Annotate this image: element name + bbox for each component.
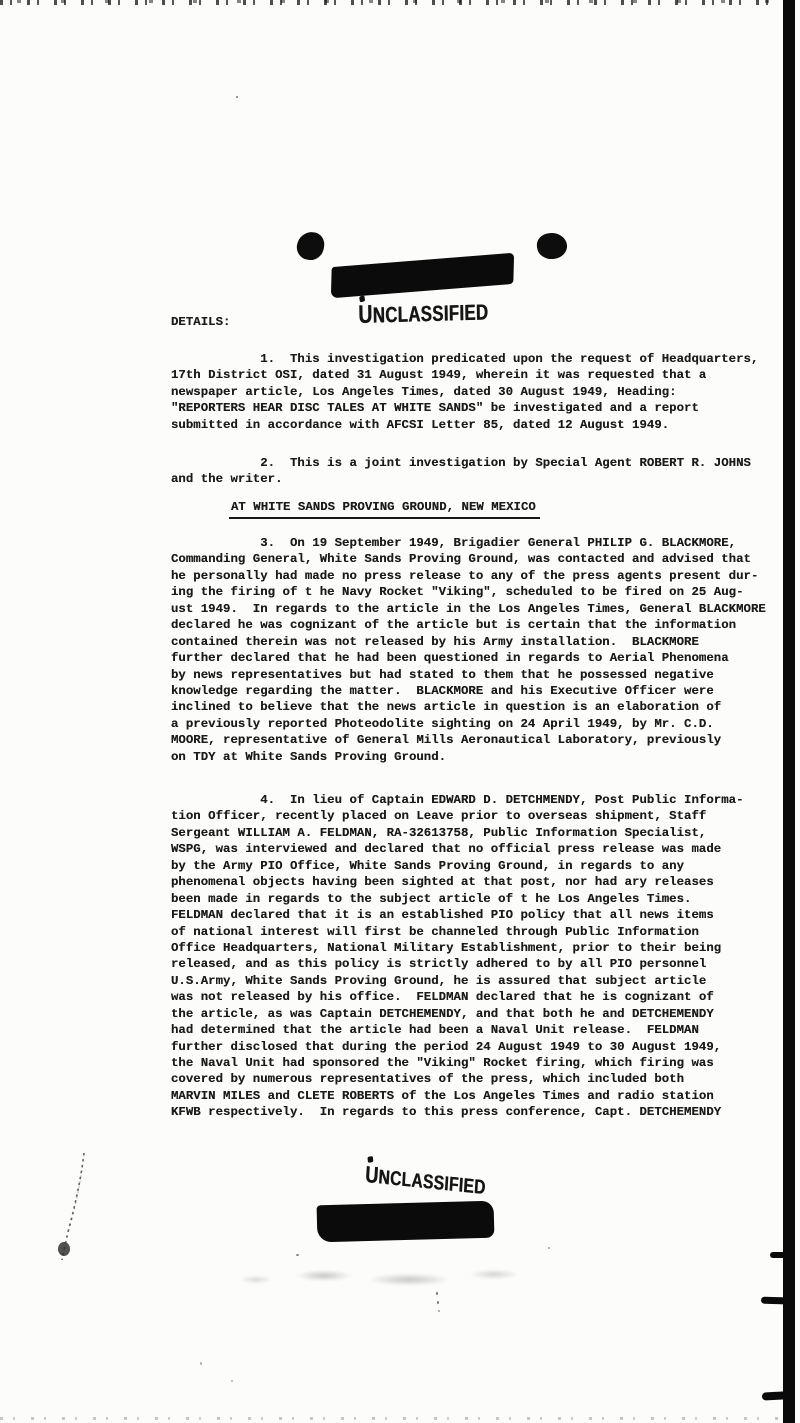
document-text-line: a previously reported Photeodolite sight… [171,716,766,732]
document-text-line: on TDY at White Sands Proving Ground. [171,749,766,765]
speck [296,1254,299,1256]
smudge-band [222,1264,562,1290]
redaction-bar-bottom [317,1201,495,1243]
document-text-line: 3. On 19 September 1949, Brigadier Gener… [171,535,766,551]
paragraph-1: 1. This investigation predicated upon th… [171,351,758,433]
document-text-line: MOORE, representative of General Mills A… [171,732,766,748]
document-text-line: further declared that he had been questi… [171,650,766,666]
document-text-line: by news representatives but had stated t… [171,667,766,683]
document-text-line: Commanding General, White Sands Proving … [171,551,766,567]
document-text-line: the article, as was Captain DETCHEMENDY,… [171,1006,744,1022]
document-text-line: submitted in accordance with AFCSI Lette… [171,417,758,433]
speck [438,1310,440,1312]
speck [236,96,238,98]
details-label: DETAILS: [171,314,231,330]
document-text-line: had determined that the article had been… [171,1022,744,1038]
document-text-line: was not released by his office. FELDMAN … [171,989,744,1005]
margin-scribble [52,1150,97,1265]
film-edge-bar-right [783,0,795,1423]
document-text-line: released, and as this policy is strictly… [171,956,744,972]
document-text-line: 4. In lieu of Captain EDWARD D. DETCHMEN… [171,792,744,808]
document-text-line: declared he was cognizant of the article… [171,617,766,633]
unclassified-stamp-bottom: UNCLASSIFIED [364,1161,486,1200]
document-text-line: FELDMAN declared that it is an establish… [171,907,744,923]
stamp-text: UNCLASSIFIED [364,1165,486,1199]
document-text-line: tion Officer, recently placed on Leave p… [171,808,744,824]
document-text-line: knowledge regarding the matter. BLACKMOR… [171,683,766,699]
paragraph-3: 3. On 19 September 1949, Brigadier Gener… [171,535,766,765]
section-heading: AT WHITE SANDS PROVING GROUND, NEW MEXIC… [231,500,540,519]
redaction-bar-top [331,253,514,299]
ink-blob-left [295,230,326,261]
document-text-line: by the Army PIO Office, White Sands Prov… [171,858,744,874]
stamp-text: UNCLASSIFIED [358,299,488,328]
film-edge-tick [762,1391,785,1400]
speck [436,1292,438,1295]
document-text-line: the Naval Unit had sponsored the "Viking… [171,1055,744,1071]
speck [437,1301,439,1304]
document-text-line: he personally had made no press release … [171,568,766,584]
document-text-line: KFWB respectively. In regards to this pr… [171,1104,744,1120]
document-text-line: covered by numerous representatives of t… [171,1071,744,1087]
stamp-ink-smudge [367,1156,373,1163]
film-edge-marks-top-overlay [0,0,800,3]
speck [231,1380,233,1382]
document-text-line: further disclosed that during the period… [171,1039,744,1055]
paragraph-4: 4. In lieu of Captain EDWARD D. DETCHMEN… [171,792,744,1121]
document-text-line: WSPG, was interviewed and declared that … [171,841,744,857]
document-text-line: phenomenal objects having been sighted a… [171,874,744,890]
film-edge-tick [770,1252,785,1258]
document-text-line: Sergeant WILLIAM A. FELDMAN, RA-32613758… [171,825,744,841]
speck [548,1247,550,1249]
ink-blob-right [536,232,569,261]
document-text-line: U.S.Army, White Sands Proving Ground, he… [171,973,744,989]
document-text-line: ing the firing of t he Navy Rocket "Viki… [171,584,766,600]
document-text-line: 1. This investigation predicated upon th… [171,351,758,367]
document-text-line: 17th District OSI, dated 31 August 1949,… [171,367,758,383]
document-text-line: newspaper article, Los Angeles Times, da… [171,384,758,400]
document-text-line: and the writer. [171,471,751,487]
document-text-line: "REPORTERS HEAR DISC TALES AT WHITE SAND… [171,400,758,416]
section-heading-text: AT WHITE SANDS PROVING GROUND, NEW MEXIC… [229,500,540,519]
speck [200,1362,202,1365]
document-text-line: MARVIN MILES and CLETE ROBERTS of the Lo… [171,1088,744,1104]
film-edge-marks-bottom [0,1417,800,1420]
paragraph-2: 2. This is a joint investigation by Spec… [171,455,751,488]
document-text-line: 2. This is a joint investigation by Spec… [171,455,751,471]
unclassified-stamp-top: UNCLASSIFIED [358,297,488,330]
document-text-line: been made in regards to the subject arti… [171,891,744,907]
document-text-line: of national interest will first be chann… [171,924,744,940]
document-text-line: contained therein was not released by hi… [171,634,766,650]
document-text-line: inclined to believe that the news articl… [171,699,766,715]
document-text-line: Office Headquarters, National Military E… [171,940,744,956]
document-text-line: ust 1949. In regards to the article in t… [171,601,766,617]
film-edge-tick [761,1297,785,1305]
scanned-document-page: UNCLASSIFIED DETAILS: 1. This investigat… [0,0,800,1423]
